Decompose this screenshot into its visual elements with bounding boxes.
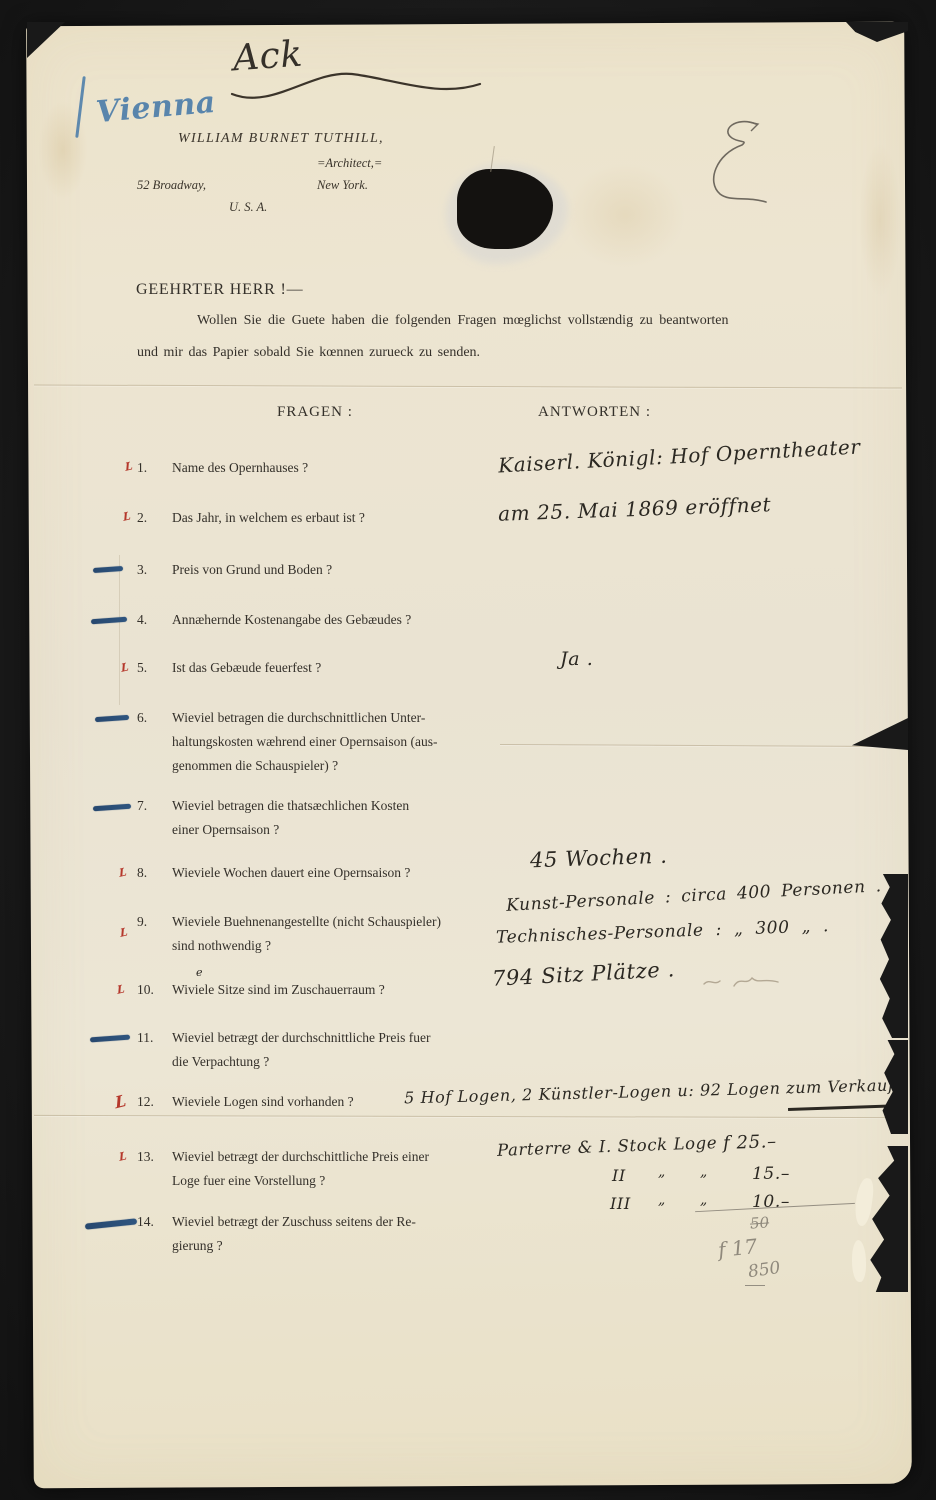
question-number: 8. [137, 861, 172, 885]
answer-13-row2-ditto2: „ [700, 1164, 708, 1180]
blue-dash-icon [91, 617, 127, 624]
answer-13-row3-ditto2: „ [700, 1192, 708, 1208]
question-number: 2. [137, 506, 172, 530]
red-check-icon: L [119, 925, 128, 940]
question-text: Wieviele Wochen dauert eine Opernsaison … [172, 861, 410, 885]
question-number: 14. [137, 1210, 172, 1258]
handwritten-vienna-note: Vienna [95, 85, 218, 130]
question-number: 11. [137, 1026, 172, 1074]
torn-fiber [852, 1240, 866, 1282]
question-row-14: 14. Wieviel betrægt der Zuschuss seitens… [137, 1210, 509, 1258]
answer-1: Kaiserl. Königl: Hof Operntheater [498, 435, 861, 478]
pencil-note-850: 850 [747, 1258, 782, 1282]
answer-13-row1-price: f 25.– [723, 1131, 777, 1154]
red-check-icon: L [118, 1149, 127, 1164]
question-text: Loge fuer eine Vorstellung ? [172, 1169, 429, 1193]
question-text: Wieviele Buehnenangestellte (nicht Schau… [172, 910, 441, 934]
paper-hole [457, 169, 553, 249]
question-text: genommen die Schauspieler) ? [172, 754, 437, 778]
column-header-antworten: ANTWORTEN : [538, 404, 651, 421]
question-number: 5. [137, 656, 172, 680]
answer-9-line-2: Technisches-Personale : „ 300 „ . [496, 916, 830, 948]
pencil-e-mark-icon [698, 114, 772, 218]
question-row-5: L 5. Ist das Gebæude feuerfest ? [137, 656, 509, 680]
intro-line-1: Wollen Sie die Guete haben die folgenden… [197, 313, 728, 329]
question-row-1: L 1. Name des Opernhauses ? [137, 456, 509, 480]
answer-13-row2-label: II [612, 1166, 626, 1185]
question-number: 9. [137, 910, 172, 958]
red-check-icon: L [120, 660, 129, 675]
letterhead-city: New York. [317, 178, 368, 193]
question-row-9: L 9. Wieviele Buehnenangestellte (nicht … [137, 910, 509, 958]
answer-10: 794 Sitz Plätze . [491, 957, 675, 991]
blue-dash-icon [93, 804, 131, 811]
question-number: 10. [137, 978, 172, 1002]
red-check-icon: L [122, 509, 131, 524]
question-number: 12. [137, 1090, 172, 1114]
question-text: Wieviel betrægt der durchschittliche Pre… [172, 1145, 429, 1169]
question-row-6: 6. Wieviel betragen die durchschnittlich… [137, 706, 509, 778]
question-number: 7. [137, 794, 172, 842]
answer-2: am 25. Mai 1869 eröffnet [498, 492, 772, 526]
ack-underline-flourish-icon [222, 58, 490, 108]
question-text: sind nothwendig ? [172, 934, 441, 958]
answer-5: Ja . [560, 648, 593, 670]
letterhead-title: =Architect,= [317, 156, 382, 171]
pencil-scribble-icon [700, 970, 784, 994]
handwritten-e-correction: e [196, 966, 203, 979]
blue-dash-icon [93, 566, 123, 573]
question-number: 3. [137, 558, 172, 582]
letterhead-country: U. S. A. [229, 200, 267, 215]
question-text: Wieviel betragen die durchschnittlichen … [172, 706, 437, 730]
red-check-icon: L [124, 459, 133, 474]
pencil-crossed-out-value: 50 [749, 1213, 769, 1232]
question-row-4: 4. Annæhernde Kostenangabe des Gebæudes … [137, 608, 509, 632]
question-text: haltungskosten wæhrend einer Opernsaison… [172, 730, 437, 754]
question-text: Wieviel betragen die thatsæchlichen Kost… [172, 794, 409, 818]
answer-13-row3-ditto1: „ [658, 1192, 666, 1208]
intro-line-2: und mir das Papier sobald Sie kœnnen zur… [137, 345, 480, 361]
greeting: GEEHRTER HERR !— [136, 281, 303, 299]
vienna-downstroke-icon [75, 76, 86, 138]
question-row-3: 3. Preis von Grund und Boden ? [137, 558, 509, 582]
pencil-small-line [745, 1285, 765, 1286]
blue-dash-icon [95, 715, 129, 722]
question-row-2: L 2. Das Jahr, in welchem es erbaut ist … [137, 506, 509, 530]
question-text: Preis von Grund und Boden ? [172, 558, 332, 582]
letterhead-name: WILLIAM BURNET TUTHILL, [178, 131, 384, 147]
question-number: 1. [137, 456, 172, 480]
answer-8: 45 Wochen . [530, 844, 668, 873]
red-check-icon: L [116, 982, 125, 997]
question-text: einer Opernsaison ? [172, 818, 409, 842]
question-number: 4. [137, 608, 172, 632]
question-text: gierung ? [172, 1234, 416, 1258]
question-row-8: L 8. Wieviele Wochen dauert eine Opernsa… [137, 861, 509, 885]
question-row-10: L 10. Wiviele Sitze sind im Zuschauerrau… [137, 978, 509, 1002]
answer-13-row2-price: 15.– [752, 1164, 790, 1184]
blue-dash-icon [90, 1035, 130, 1042]
answer-12: 5 Hof Logen, 2 Künstler-Logen u: 92 Loge… [404, 1076, 895, 1108]
question-text: die Verpachtung ? [172, 1050, 431, 1074]
question-row-11: 11. Wieviel betrægt der durchschnittlich… [137, 1026, 509, 1074]
question-text: Annæhernde Kostenangabe des Gebæudes ? [172, 608, 411, 632]
scan-backdrop: Ack Vienna WILLIAM BURNET TUTHILL, =Arch… [0, 0, 936, 1500]
question-text: Wieviel betrægt der durchschnittliche Pr… [172, 1026, 431, 1050]
question-text: Das Jahr, in welchem es erbaut ist ? [172, 506, 365, 530]
blue-dash-icon [85, 1218, 137, 1229]
pencil-note-f17: f 17 [717, 1234, 759, 1262]
answer-13-row3-label: III [610, 1194, 631, 1213]
question-text: Wieviel betrægt der Zuschuss seitens der… [172, 1210, 416, 1234]
red-check-icon: L [118, 865, 127, 880]
answer-9-line-1: Kunst-Personale : circa 400 Personen . [506, 876, 882, 916]
question-number: 6. [137, 706, 172, 778]
letterhead-street: 52 Broadway, [137, 178, 206, 193]
answer-13-row2-ditto1: „ [658, 1164, 666, 1180]
page-content: Ack Vienna WILLIAM BURNET TUTHILL, =Arch… [0, 0, 936, 1500]
column-header-fragen: FRAGEN : [277, 404, 353, 421]
question-number: 13. [137, 1145, 172, 1193]
question-row-13: L 13. Wieviel betrægt der durchschittlic… [137, 1145, 509, 1193]
question-text: Name des Opernhauses ? [172, 456, 308, 480]
red-check-icon: L [114, 1091, 127, 1113]
question-row-7: 7. Wieviel betragen die thatsæchlichen K… [137, 794, 509, 842]
question-text: Ist das Gebæude feuerfest ? [172, 656, 321, 680]
question-text: Wieviele Logen sind vorhanden ? [172, 1090, 354, 1114]
answer-13-row1-label: Parterre & I. Stock Loge [497, 1133, 718, 1160]
question-text: Wiviele Sitze sind im Zuschauerraum ? [172, 978, 385, 1002]
